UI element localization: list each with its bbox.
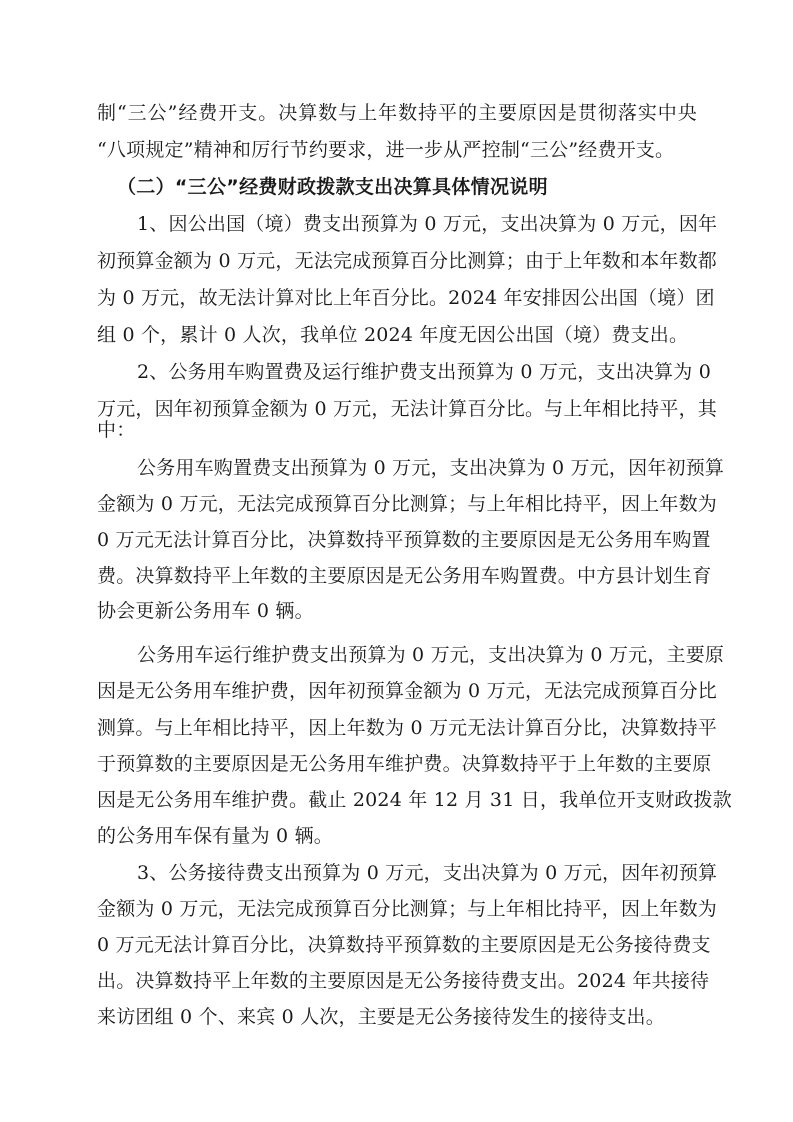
paragraph-line: 0 万元无法计算百分比，决算数持平预算数的主要原因是无公务用车购置 [97,528,697,552]
paragraph-line: 因是无公务用车维护费。截止 2024 年 12 月 31 日，我单位开支财政拨款 [97,788,697,812]
paragraph-line: 费。决算数持平上年数的主要原因是无公务用车购置费。中方县计划生育 [97,564,697,588]
paragraph-line: 的公务用车保有量为 0 辆。 [97,824,697,848]
paragraph-line: 金额为 0 万元，无法完成预算百分比测算；与上年相比持平，因上年数为 [97,897,697,921]
section-heading: （二）“三公”经费财政拨款支出决算具体情况说明 [117,174,697,200]
paragraph-line: 0 万元无法计算百分比，决算数持平预算数的主要原因是无公务接待费支 [97,933,697,957]
paragraph-line: 公务用车运行维护费支出预算为 0 万元，支出决算为 0 万元，主要原 [137,643,697,667]
paragraph-line: 协会更新公务用车 0 辆。 [97,599,697,623]
paragraph-line: 中： [97,418,697,442]
intro-line: 制“三公”经费开支。决算数与上年数持平的主要原因是贯彻落实中央 [97,101,697,125]
paragraph-line: 来访团组 0 个、来宾 0 人次，主要是无公务接待发生的接待支出。 [97,1005,697,1029]
paragraph-line: 1、因公出国（境）费支出预算为 0 万元，支出决算为 0 万元，因年 [137,212,697,236]
paragraph-line: 3、公务接待费支出预算为 0 万元，支出决算为 0 万元，因年初预算 [137,861,697,885]
paragraph-line: 2、公务用车购置费及运行维护费支出预算为 0 万元，支出决算为 0 [137,360,697,384]
paragraph-line: 因是无公务用车维护费，因年初预算金额为 0 万元，无法完成预算百分比 [97,679,697,703]
paragraph-line: 出。决算数持平上年数的主要原因是无公务接待费支出。2024 年共接待 [97,969,697,993]
paragraph-line: 为 0 万元，故无法计算对比上年百分比。2024 年安排因公出国（境）团 [97,286,697,310]
paragraph-line: 公务用车购置费支出预算为 0 万元，支出决算为 0 万元，因年初预算 [137,456,697,480]
paragraph-line: 测算。与上年相比持平，因上年数为 0 万元无法计算百分比，决算数持平 [97,716,697,740]
document-page: 制“三公”经费开支。决算数与上年数持平的主要原因是贯彻落实中央 “八项规定”精神… [0,0,793,1122]
paragraph-line: 于预算数的主要原因是无公务用车维护费。决算数持平于上年数的主要原 [97,752,697,776]
paragraph-line: 组 0 个，累计 0 人次，我单位 2024 年度无因公出国（境）费支出。 [97,323,697,347]
intro-line: “八项规定”精神和厉行节约要求，进一步从严控制“三公”经费开支。 [97,138,697,162]
paragraph-line: 初预算金额为 0 万元，无法完成预算百分比测算；由于上年数和本年数都 [97,249,697,273]
paragraph-line: 金额为 0 万元，无法完成预算百分比测算；与上年相比持平，因上年数为 [97,492,697,516]
